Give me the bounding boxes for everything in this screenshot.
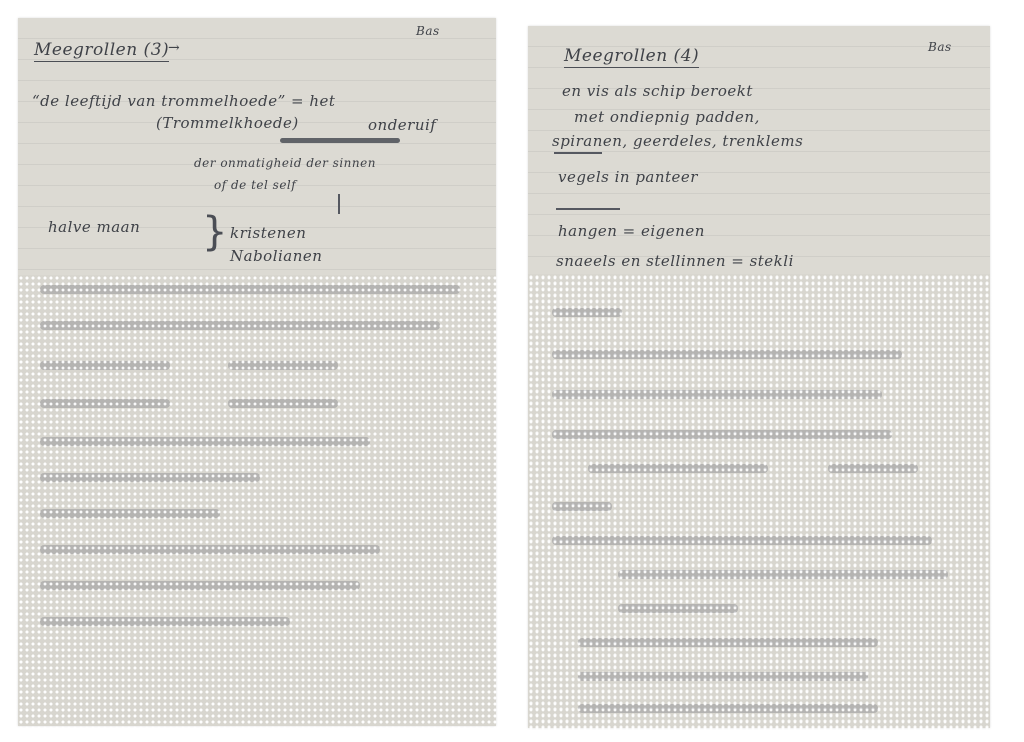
page-title: Meegrollen (4)	[564, 46, 699, 68]
text-line: halve maan	[48, 218, 140, 236]
text-line: vegels in panteer	[558, 168, 698, 186]
pixelated-region	[528, 274, 990, 728]
crossed-out-word	[280, 138, 400, 143]
text-line: spiranen, geerdeles, trenklems	[552, 132, 803, 150]
text-line: en vis als schip beroekt	[562, 82, 753, 100]
corner-label: Bas	[416, 24, 440, 38]
note-page-right: Meegrollen (4) Bas en vis als schip bero…	[528, 26, 990, 728]
text-line: hangen = eigenen	[558, 222, 705, 240]
text-line: Nabolianen	[230, 247, 322, 265]
text-line: met ondiepnig padden,	[574, 108, 760, 126]
page-title: Meegrollen (3)	[34, 40, 169, 62]
pixelated-region	[18, 275, 496, 726]
title-arrow: →	[168, 40, 180, 56]
pen-stroke	[554, 152, 602, 154]
pen-stroke	[338, 194, 340, 214]
curly-brace: }	[202, 212, 227, 252]
text-line: snaeels en stellinnen = stekli	[556, 252, 794, 270]
text-line: onderuif	[368, 116, 436, 134]
text-line: “de leeftijd van trommelhoede” = het	[32, 92, 335, 110]
text-line: (Trommelkhoede)	[156, 114, 299, 132]
text-line: der onmatigheid der sinnen	[194, 156, 376, 170]
separator-stroke	[556, 208, 620, 210]
note-page-left: Meegrollen (3) → Bas “de leeftijd van tr…	[18, 18, 496, 726]
corner-label: Bas	[928, 40, 952, 54]
text-line: kristenen	[230, 224, 306, 242]
text-line: of de tel self	[214, 178, 296, 192]
